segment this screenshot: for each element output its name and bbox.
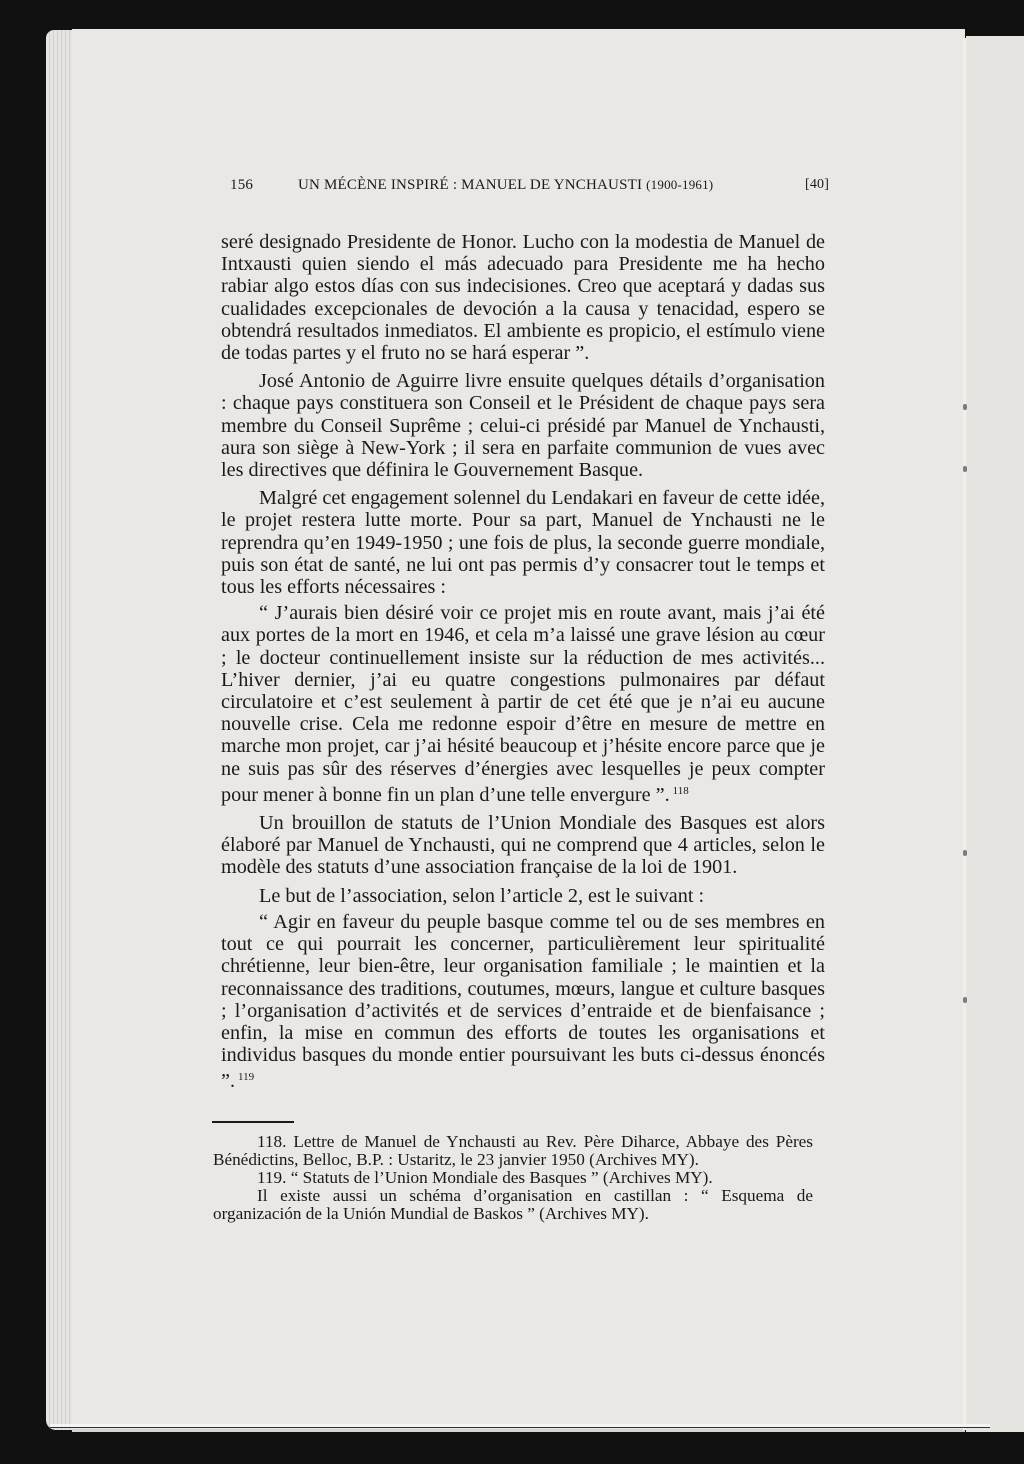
footnote-divider (212, 1121, 294, 1123)
quote-paragraph: “ Agir en faveur du peuple basque comme … (221, 911, 825, 1093)
page-content: 156 UN MÉCÈNE INSPIRÉ : MANUEL DE YNCHAU… (0, 0, 1024, 1464)
paragraph: Le but de l’association, selon l’article… (221, 885, 825, 907)
paragraph: Un brouillon de statuts de l’Union Mondi… (221, 812, 825, 879)
footnote-118: 118. Lettre de Manuel de Ynchausti au Re… (213, 1133, 813, 1169)
footnote-ref: 119 (238, 1071, 254, 1083)
running-title-years: (1900-1961) (646, 177, 713, 192)
paragraph: seré designado Presidente de Honor. Luch… (221, 231, 825, 364)
footnote-119-continuation: Il existe aussi un schéma d’organisation… (213, 1187, 813, 1223)
paragraph: Malgré cet engagement solennel du Lendak… (221, 487, 825, 598)
footnote-119: 119. “ Statuts de l’Union Mondiale des B… (213, 1169, 813, 1187)
quote-paragraph: “ J’aurais bien désiré voir ce projet mi… (221, 602, 825, 806)
page-number: 156 (230, 177, 253, 194)
footnote-ref: 118 (673, 785, 689, 797)
running-header: 156 UN MÉCÈNE INSPIRÉ : MANUEL DE YNCHAU… (230, 177, 840, 197)
section-bracket-number: [40] (805, 177, 829, 193)
body-text: seré designado Presidente de Honor. Luch… (221, 231, 825, 1093)
paragraph: José Antonio de Aguirre livre ensuite qu… (221, 370, 825, 481)
footnotes: 118. Lettre de Manuel de Ynchausti au Re… (213, 1133, 813, 1223)
running-title: UN MÉCÈNE INSPIRÉ : MANUEL DE YNCHAUSTI … (298, 177, 713, 194)
